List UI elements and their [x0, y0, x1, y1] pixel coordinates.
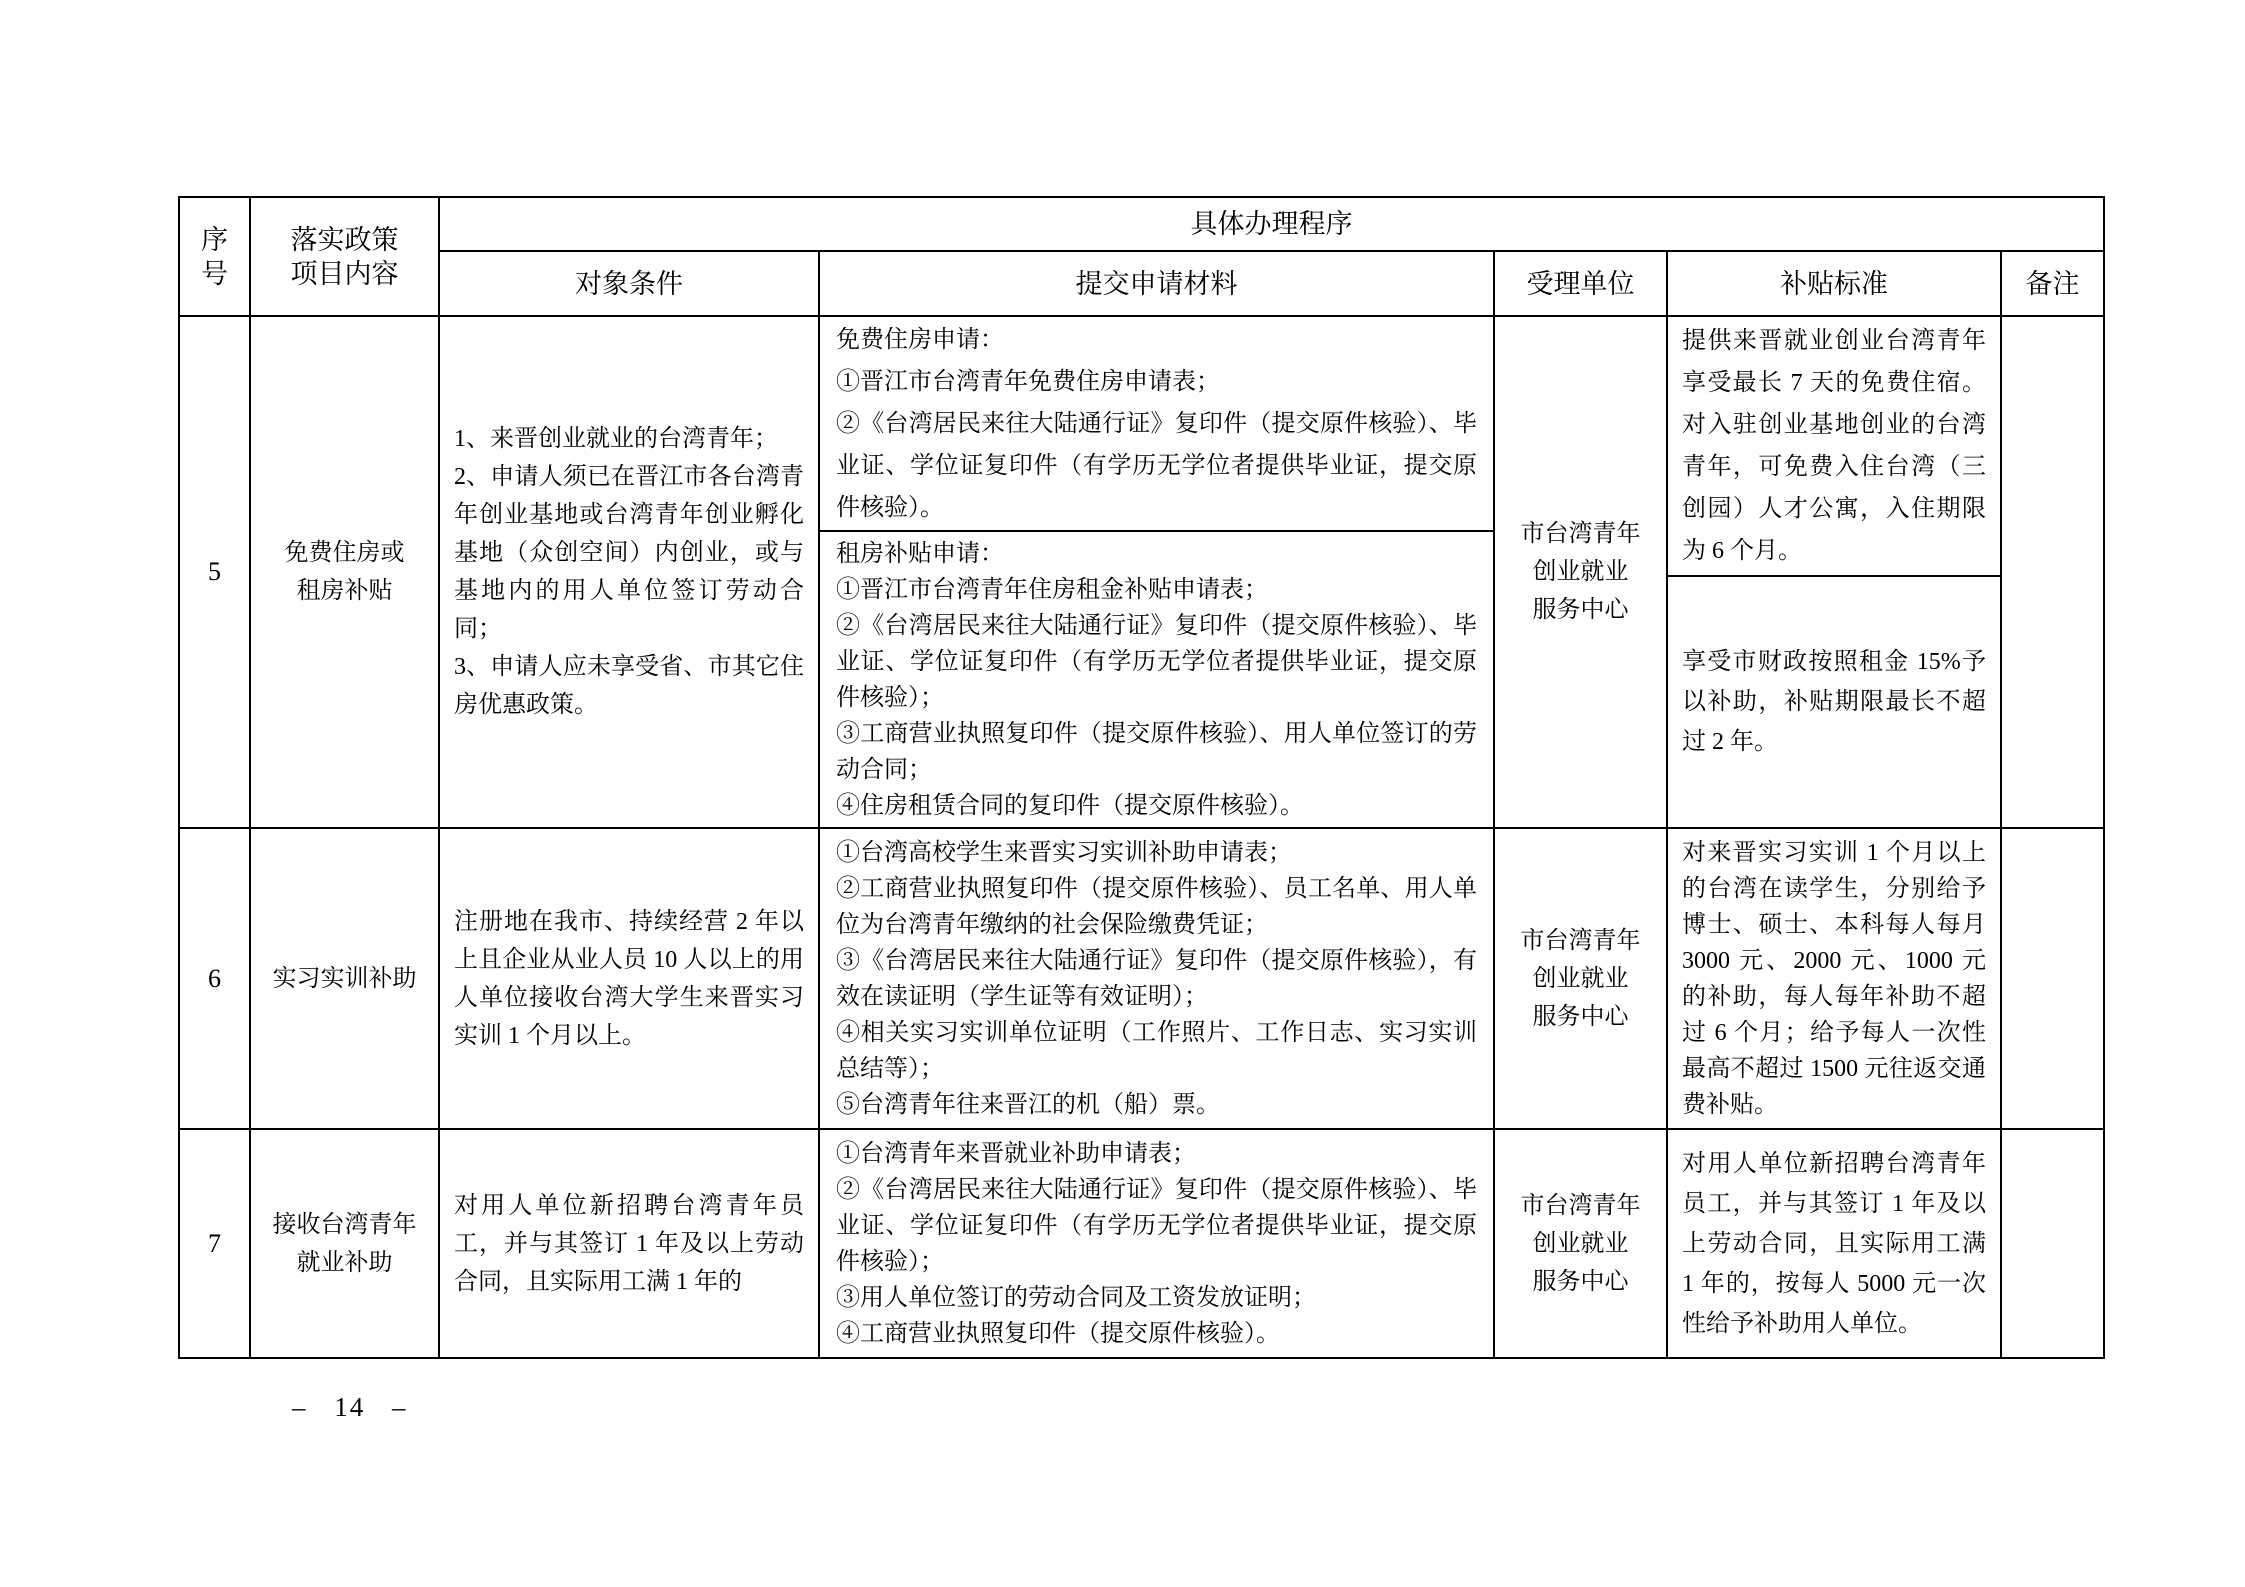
header-standard: 补贴标准 — [1668, 252, 2002, 317]
header-seq: 序 号 — [180, 198, 251, 317]
row5-materials-rent-subsidy: 租房补贴申请： ①晋江市台湾青年住房租金补贴申请表； ②《台湾居民来往大陆通行证… — [820, 532, 1495, 829]
header-materials: 提交申请材料 — [820, 252, 1495, 317]
row6-materials: ①台湾高校学生来晋实习实训补助申请表； ②工商营业执照复印件（提交原件核验）、员… — [820, 829, 1495, 1130]
row5-note — [2002, 317, 2103, 829]
row6-condition: 注册地在我市、持续经营 2 年以上且企业从业人员 10 人以上的用人单位接收台湾… — [440, 829, 820, 1130]
row6-note — [2002, 829, 2103, 1130]
row5-seq: 5 — [180, 317, 251, 829]
row7-policy: 接收台湾青年 就业补助 — [251, 1130, 440, 1357]
row6-accepting-unit: 市台湾青年 创业就业 服务中心 — [1495, 829, 1668, 1130]
header-unit: 受理单位 — [1495, 252, 1668, 317]
header-note: 备注 — [2002, 252, 2103, 317]
row6-standard: 对来晋实习实训 1 个月以上的台湾在读学生，分别给予博士、硕士、本科每人每月 3… — [1668, 829, 2002, 1130]
row5-standard-rent-subsidy: 享受市财政按照租金 15%予以补助，补贴期限最长不超过 2 年。 — [1668, 577, 2002, 829]
row5-standard-free-housing: 提供来晋就业创业台湾青年享受最长 7 天的免费住宿。对入驻创业基地创业的台湾青年… — [1668, 317, 2002, 577]
row5-accepting-unit: 市台湾青年 创业就业 服务中心 — [1495, 317, 1668, 829]
row7-seq: 7 — [180, 1130, 251, 1357]
policy-table: 序 号 落实政策 项目内容 具体办理程序 对象条件 提交申请材料 受理单位 补贴… — [178, 196, 2105, 1359]
row7-accepting-unit: 市台湾青年 创业就业 服务中心 — [1495, 1130, 1668, 1357]
row5-condition: 1、来晋创业就业的台湾青年； 2、申请人须已在晋江市各台湾青年创业基地或台湾青年… — [440, 317, 820, 829]
row7-materials: ①台湾青年来晋就业补助申请表； ②《台湾居民来往大陆通行证》复印件（提交原件核验… — [820, 1130, 1495, 1357]
row7-condition: 对用人单位新招聘台湾青年员工，并与其签订 1 年及以上劳动合同，且实际用工满 1… — [440, 1130, 820, 1357]
row6-policy: 实习实训补助 — [251, 829, 440, 1130]
row7-note — [2002, 1130, 2103, 1357]
row5-policy: 免费住房或 租房补贴 — [251, 317, 440, 829]
document-page: 序 号 落实政策 项目内容 具体办理程序 对象条件 提交申请材料 受理单位 补贴… — [0, 0, 2245, 1587]
header-policy: 落实政策 项目内容 — [251, 198, 440, 317]
row5-materials-free-housing: 免费住房申请： ①晋江市台湾青年免费住房申请表； ②《台湾居民来往大陆通行证》复… — [820, 317, 1495, 532]
page-number: – 14 – — [292, 1392, 408, 1423]
header-condition: 对象条件 — [440, 252, 820, 317]
row7-standard: 对用人单位新招聘台湾青年员工，并与其签订 1 年及以上劳动合同，且实际用工满 1… — [1668, 1130, 2002, 1357]
row6-seq: 6 — [180, 829, 251, 1130]
header-procedure: 具体办理程序 — [440, 198, 2103, 252]
